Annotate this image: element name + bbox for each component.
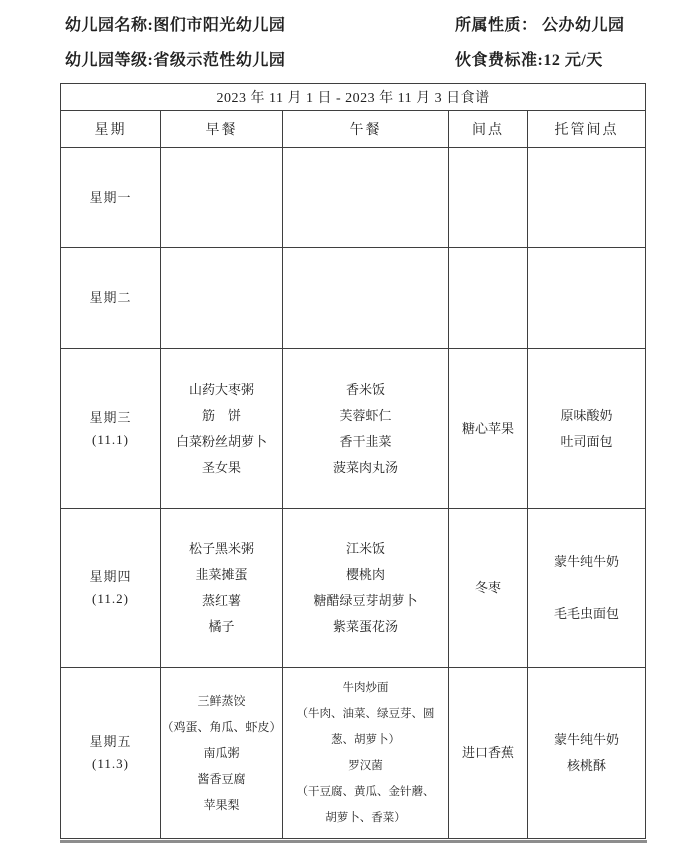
menu-row-wednesday: 星期三 (11.1) 山药大枣粥 筋 饼 白菜粉丝胡萝卜 圣女果 香米饭 芙蓉虾…	[61, 349, 646, 509]
kindergarten-grade-value: 省级示范性幼儿园	[153, 52, 285, 69]
kindergarten-name: 幼儿园名称:图们市阳光幼儿园	[65, 17, 285, 35]
breakfast-cell-wednesday: 山药大枣粥 筋 饼 白菜粉丝胡萝卜 圣女果	[161, 349, 283, 509]
page: 幼儿园名称:图们市阳光幼儿园 所属性质： 公办幼儿园 幼儿园等级:省级示范性幼儿…	[0, 0, 700, 865]
daycare-snack-cell-friday: 蒙牛纯牛奶 核桃酥	[528, 668, 646, 839]
menu-row-monday: 星期一	[61, 148, 646, 248]
table-title: 2023 年 11 月 1 日 - 2023 年 11 月 3 日食谱	[61, 84, 646, 111]
meal-fee-standard: 伙食费标准:12 元/天	[455, 52, 603, 70]
menu-row-thursday: 星期四 (11.2) 松子黑米粥 韭菜摊蛋 蒸红薯 橘子 江米饭 樱桃肉 糖醋绿…	[61, 509, 646, 668]
day-cell-wednesday: 星期三 (11.1)	[61, 349, 161, 509]
snack-cell-monday	[449, 148, 528, 248]
breakfast-cell-friday: 三鲜蒸饺 （鸡蛋、角瓜、虾皮） 南瓜粥 酱香豆腐 苹果梨	[161, 668, 283, 839]
breakfast-cell-thursday: 松子黑米粥 韭菜摊蛋 蒸红薯 橘子	[161, 509, 283, 668]
snack-cell-wednesday: 糖心苹果	[449, 349, 528, 509]
ownership-nature-value: 公办幼儿园	[542, 17, 625, 34]
menu-row-friday: 星期五 (11.3) 三鲜蒸饺 （鸡蛋、角瓜、虾皮） 南瓜粥 酱香豆腐 苹果梨 …	[61, 668, 646, 839]
kindergarten-name-value: 图们市阳光幼儿园	[153, 17, 285, 34]
snack-cell-friday: 进口香蕉	[449, 668, 528, 839]
kindergarten-grade-label: 幼儿园等级:	[65, 52, 153, 69]
snack-cell-thursday: 冬枣	[449, 509, 528, 668]
day-cell-tuesday: 星期二	[61, 248, 161, 349]
col-header-snack: 间点	[449, 111, 528, 148]
ownership-nature-label: 所属性质：	[455, 17, 542, 34]
lunch-cell-wednesday: 香米饭 芙蓉虾仁 香干韭菜 菠菜肉丸汤	[283, 349, 449, 509]
lunch-cell-friday: 牛肉炒面 （牛肉、油菜、绿豆芽、圆 葱、胡萝卜） 罗汉菌 （干豆腐、黄瓜、金针蘑…	[283, 668, 449, 839]
lunch-cell-monday	[283, 148, 449, 248]
kindergarten-grade: 幼儿园等级:省级示范性幼儿园	[65, 52, 285, 70]
day-cell-monday: 星期一	[61, 148, 161, 248]
lunch-cell-thursday: 江米饭 樱桃肉 糖醋绿豆芽胡萝卜 紫菜蛋花汤	[283, 509, 449, 668]
daycare-snack-cell-tuesday	[528, 248, 646, 349]
daycare-snack-cell-thursday: 蒙牛纯牛奶 毛毛虫面包	[528, 509, 646, 668]
col-header-lunch: 午餐	[283, 111, 449, 148]
table-header-row: 星期 早餐 午餐 间点 托管间点	[61, 111, 646, 148]
menu-row-tuesday: 星期二	[61, 248, 646, 349]
snack-cell-tuesday	[449, 248, 528, 349]
day-cell-friday: 星期五 (11.3)	[61, 668, 161, 839]
lunch-cell-tuesday	[283, 248, 449, 349]
table-bottom-shadow	[60, 840, 647, 843]
kindergarten-name-label: 幼儿园名称:	[65, 17, 153, 34]
meal-fee-label: 伙食费标准:	[455, 52, 543, 69]
ownership-nature: 所属性质： 公办幼儿园	[455, 17, 625, 35]
breakfast-cell-monday	[161, 148, 283, 248]
day-cell-thursday: 星期四 (11.2)	[61, 509, 161, 668]
col-header-day: 星期	[61, 111, 161, 148]
daycare-snack-cell-wednesday: 原味酸奶 吐司面包	[528, 349, 646, 509]
meal-fee-value: 12 元/天	[543, 52, 602, 69]
breakfast-cell-tuesday	[161, 248, 283, 349]
menu-table: 2023 年 11 月 1 日 - 2023 年 11 月 3 日食谱 星期 早…	[60, 83, 646, 839]
col-header-daycare-snack: 托管间点	[528, 111, 646, 148]
col-header-breakfast: 早餐	[161, 111, 283, 148]
daycare-snack-cell-monday	[528, 148, 646, 248]
table-title-row: 2023 年 11 月 1 日 - 2023 年 11 月 3 日食谱	[61, 84, 646, 111]
